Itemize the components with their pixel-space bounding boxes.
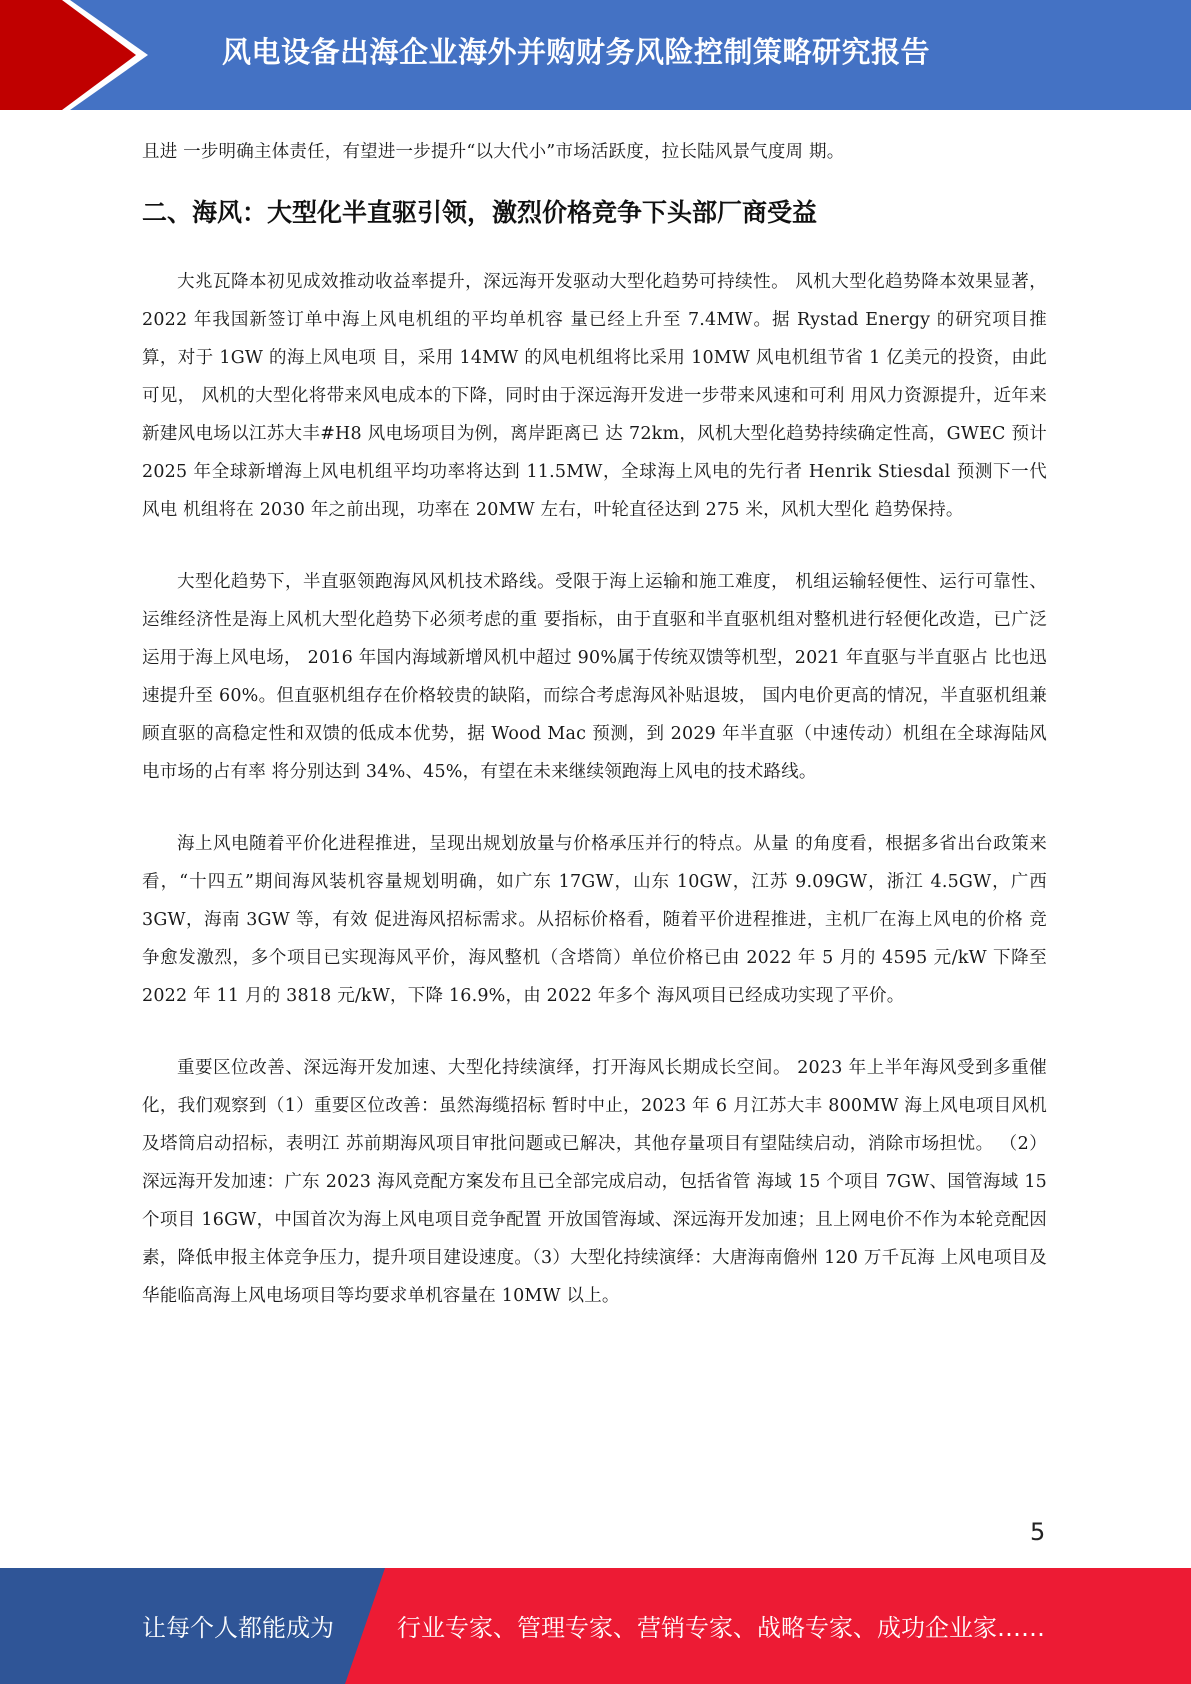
lead-paragraph: 且进 一步明确主体责任，有望进一步提升“以大代小”市场活跃度，拉长陆风景气度周 … [142, 133, 1047, 171]
paragraph-4: 重要区位改善、深远海开发加速、大型化持续演绎，打开海风长期成长空间。 2023 … [142, 1049, 1047, 1315]
footer-slogan-left: 让每个人都能成为 [142, 1608, 334, 1643]
footer-slogan-right: 行业专家、管理专家、营销专家、战略专家、成功企业家…… [397, 1608, 1045, 1643]
document-title: 风电设备出海企业海外并购财务风险控制策略研究报告 [222, 30, 930, 71]
paragraph-2: 大型化趋势下，半直驱领跑海风风机技术路线。受限于海上运输和施工难度， 机组运输轻… [142, 563, 1047, 791]
paragraph-3: 海上风电随着平价化进程推进，呈现出规划放量与价格承压并行的特点。从量 的角度看，… [142, 825, 1047, 1015]
header-banner: 风电设备出海企业海外并购财务风险控制策略研究报告 [0, 0, 1191, 110]
page-number: 5 [1030, 1518, 1045, 1546]
paragraph-1: 大兆瓦降本初见成效推动收益率提升，深远海开发驱动大型化趋势可持续性。 风机大型化… [142, 263, 1047, 529]
section-heading: 二、海风：大型化半直驱引领，激烈价格竞争下头部厂商受益 [142, 193, 1047, 233]
document-body: 且进 一步明确主体责任，有望进一步提升“以大代小”市场活跃度，拉长陆风景气度周 … [142, 133, 1047, 1315]
footer-banner: 让每个人都能成为 行业专家、管理专家、营销专家、战略专家、成功企业家…… [0, 1568, 1191, 1684]
